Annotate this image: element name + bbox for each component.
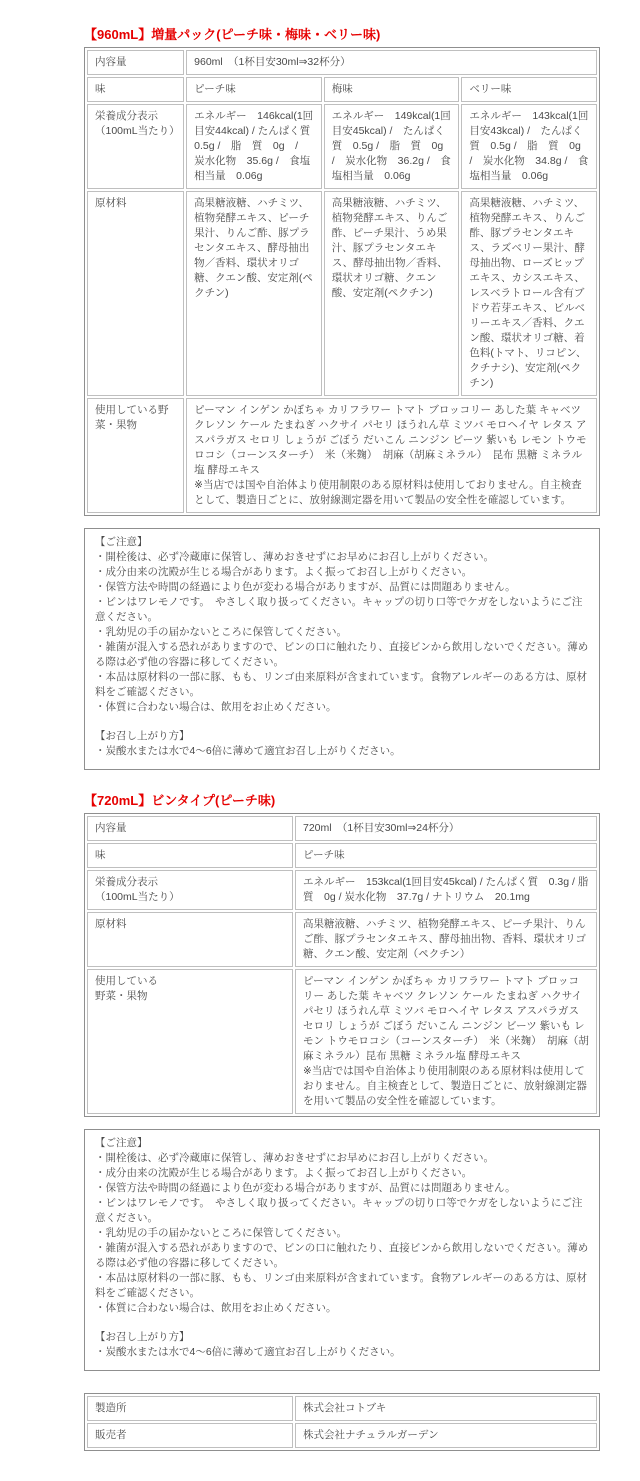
notice-item: ・雑菌が混入する恐れがありますので、ビンの口に触れたり、直接ビンから飲用しないで… — [95, 1241, 589, 1271]
spacer — [95, 715, 589, 729]
notice-box-960ml: 【ご注意】 ・開栓後は、必ず冷蔵庫に保管し、薄めおきせずにお早めにお召し上がりく… — [84, 528, 600, 770]
table-row: 製造所 株式会社コトブキ — [87, 1396, 597, 1421]
vegetables-safety-note: ※当店では国や自治体より使用制限のある原材料は使用しておりません。自主検査として… — [194, 478, 589, 508]
flavor-ume: 梅味 — [324, 77, 460, 102]
table-row: 内容量 960ml （1杯目安30ml⇒32杯分） — [87, 50, 597, 75]
vegetables-label: 使用している野 菜・果物 — [87, 398, 184, 513]
maker-value: 株式会社コトブキ — [295, 1396, 597, 1421]
table-row: 原材料 高果糖液糖、ハチミツ、植物発酵エキス、ピーチ果汁、りんご酢、豚プラセンタ… — [87, 912, 597, 967]
table-row: 使用している野 菜・果物 ピーマン インゲン かぼちゃ カリフラワー トマト ブ… — [87, 398, 597, 513]
vegetables-cell: ピーマン インゲン かぼちゃ カリフラワー トマト ブロッコリー あした葉 キャ… — [186, 398, 597, 513]
volume-value: 720ml （1杯目安30ml⇒24杯分） — [295, 816, 597, 841]
notice-item: ・本品は原材料の一部に豚、もも、リンゴ由来原料が含まれています。食物アレルギーの… — [95, 1271, 589, 1301]
spec-table-960ml: 内容量 960ml （1杯目安30ml⇒32杯分） 味 ピーチ味 梅味 ベリー味… — [84, 47, 600, 516]
ingredients-value: 高果糖液糖、ハチミツ、植物発酵エキス、ピーチ果汁、りんご酢、豚プラセンタエキス、… — [295, 912, 597, 967]
maker-label: 製造所 — [87, 1396, 293, 1421]
table-row: 味 ピーチ味 — [87, 843, 597, 868]
notice-item: ・保管方法や時間の経過により色が変わる場合がありますが、品質には問題ありません。 — [95, 580, 589, 595]
flavor-value: ピーチ味 — [295, 843, 597, 868]
ingredients-berry: 高果糖液糖、ハチミツ、植物発酵エキス、りんご酢、豚プラセンタエキス、ラズベリー果… — [461, 191, 597, 396]
nutrition-ume: エネルギー 149kcal(1回目安45kcal) / たんぱく質 0.5g /… — [324, 104, 460, 189]
notice-item: ・雑菌が混入する恐れがありますので、ビンの口に触れたり、直接ビンから飲用しないで… — [95, 640, 589, 670]
product-spec-page: 【960mL】増量パック(ピーチ味・梅味・ベリー味) 内容量 960ml （1杯… — [0, 0, 600, 1481]
table-row: 販売者 株式会社ナチュラルガーデン — [87, 1423, 597, 1448]
ingredients-peach: 高果糖液糖、ハチミツ、植物発酵エキス、ピーチ果汁、りんご酢、豚プラセンタエキス、… — [186, 191, 322, 396]
table-row: 栄養成分表示 （100mL当たり） エネルギー 153kcal(1回目安45kc… — [87, 870, 597, 910]
notice-item: ・開栓後は、必ず冷蔵庫に保管し、薄めおきせずにお早めにお召し上がりください。 — [95, 1151, 589, 1166]
notice-item: ・成分由来の沈殿が生じる場合があります。よく振ってお召し上がりください。 — [95, 565, 589, 580]
notice-item: ・ビンはワレモノです。 やさしく取り扱ってください。キャップの切り口等でケガをし… — [95, 1196, 589, 1226]
ingredients-label: 原材料 — [87, 191, 184, 396]
spacer — [95, 1316, 589, 1330]
serving-item: ・炭酸水または水で4～6倍に薄めて適宜お召し上がりください。 — [95, 1345, 589, 1360]
table-row: 味 ピーチ味 梅味 ベリー味 — [87, 77, 597, 102]
notice-item: ・ビンはワレモノです。 やさしく取り扱ってください。キャップの切り口等でケガをし… — [95, 595, 589, 625]
serving-heading: 【お召し上がり方】 — [95, 1330, 589, 1345]
notice-item: ・体質に合わない場合は、飲用をお止めください。 — [95, 1301, 589, 1316]
vegetables-cell: ピーマン インゲン かぼちゃ カリフラワー トマト ブロッコリー あした葉 キャ… — [295, 969, 597, 1114]
flavor-berry: ベリー味 — [461, 77, 597, 102]
ingredients-label: 原材料 — [87, 912, 293, 967]
nutrition-label: 栄養成分表示 （100mL当たり） — [87, 870, 293, 910]
notice-heading: 【ご注意】 — [95, 1136, 589, 1151]
nutrition-label: 栄養成分表示 （100mL当たり） — [87, 104, 184, 189]
notice-item: ・体質に合わない場合は、飲用をお止めください。 — [95, 700, 589, 715]
serving-heading: 【お召し上がり方】 — [95, 729, 589, 744]
seller-label: 販売者 — [87, 1423, 293, 1448]
notice-box-720ml: 【ご注意】 ・開栓後は、必ず冷蔵庫に保管し、薄めおきせずにお早めにお召し上がりく… — [84, 1129, 600, 1371]
vegetables-list: ピーマン インゲン かぼちゃ カリフラワー トマト ブロッコリー あした葉 キャ… — [303, 974, 589, 1064]
company-table: 製造所 株式会社コトブキ 販売者 株式会社ナチュラルガーデン — [84, 1393, 600, 1451]
nutrition-value: エネルギー 153kcal(1回目安45kcal) / たんぱく質 0.3g /… — [295, 870, 597, 910]
notice-item: ・保管方法や時間の経過により色が変わる場合がありますが、品質には問題ありません。 — [95, 1181, 589, 1196]
vegetables-safety-note: ※当店では国や自治体より使用制限のある原材料は使用しておりません。自主検査として… — [303, 1064, 589, 1109]
notice-item: ・成分由来の沈殿が生じる場合があります。よく振ってお召し上がりください。 — [95, 1166, 589, 1181]
seller-value: 株式会社ナチュラルガーデン — [295, 1423, 597, 1448]
table-row: 内容量 720ml （1杯目安30ml⇒24杯分） — [87, 816, 597, 841]
nutrition-peach: エネルギー 146kcal(1回目安44kcal) / たんぱく質 0.5g /… — [186, 104, 322, 189]
section-title-960ml: 【960mL】増量パック(ピーチ味・梅味・ベリー味) — [84, 26, 600, 43]
volume-value: 960ml （1杯目安30ml⇒32杯分） — [186, 50, 597, 75]
notice-item: ・乳幼児の手の届かないところに保管してください。 — [95, 1226, 589, 1241]
notice-item: ・乳幼児の手の届かないところに保管してください。 — [95, 625, 589, 640]
vegetables-label: 使用している 野菜・果物 — [87, 969, 293, 1114]
notice-item: ・開栓後は、必ず冷蔵庫に保管し、薄めおきせずにお早めにお召し上がりください。 — [95, 550, 589, 565]
nutrition-berry: エネルギー 143kcal(1回目安43kcal) / たんぱく質 0.5g /… — [461, 104, 597, 189]
serving-item: ・炭酸水または水で4～6倍に薄めて適宜お召し上がりください。 — [95, 744, 589, 759]
table-row: 使用している 野菜・果物 ピーマン インゲン かぼちゃ カリフラワー トマト ブ… — [87, 969, 597, 1114]
flavor-label: 味 — [87, 843, 293, 868]
volume-label: 内容量 — [87, 50, 184, 75]
flavor-label: 味 — [87, 77, 184, 102]
spec-table-720ml: 内容量 720ml （1杯目安30ml⇒24杯分） 味 ピーチ味 栄養成分表示 … — [84, 813, 600, 1117]
section-title-720ml: 【720mL】ビンタイプ(ピーチ味) — [84, 792, 600, 809]
table-row: 栄養成分表示 （100mL当たり） エネルギー 146kcal(1回目安44kc… — [87, 104, 597, 189]
volume-label: 内容量 — [87, 816, 293, 841]
table-row: 原材料 高果糖液糖、ハチミツ、植物発酵エキス、ピーチ果汁、りんご酢、豚プラセンタ… — [87, 191, 597, 396]
vegetables-list: ピーマン インゲン かぼちゃ カリフラワー トマト ブロッコリー あした葉 キャ… — [194, 403, 589, 478]
ingredients-ume: 高果糖液糖、ハチミツ、植物発酵エキス、りんご酢、ピーチ果汁、うめ果汁、豚プラセン… — [324, 191, 460, 396]
notice-item: ・本品は原材料の一部に豚、もも、リンゴ由来原料が含まれています。食物アレルギーの… — [95, 670, 589, 700]
flavor-peach: ピーチ味 — [186, 77, 322, 102]
notice-heading: 【ご注意】 — [95, 535, 589, 550]
